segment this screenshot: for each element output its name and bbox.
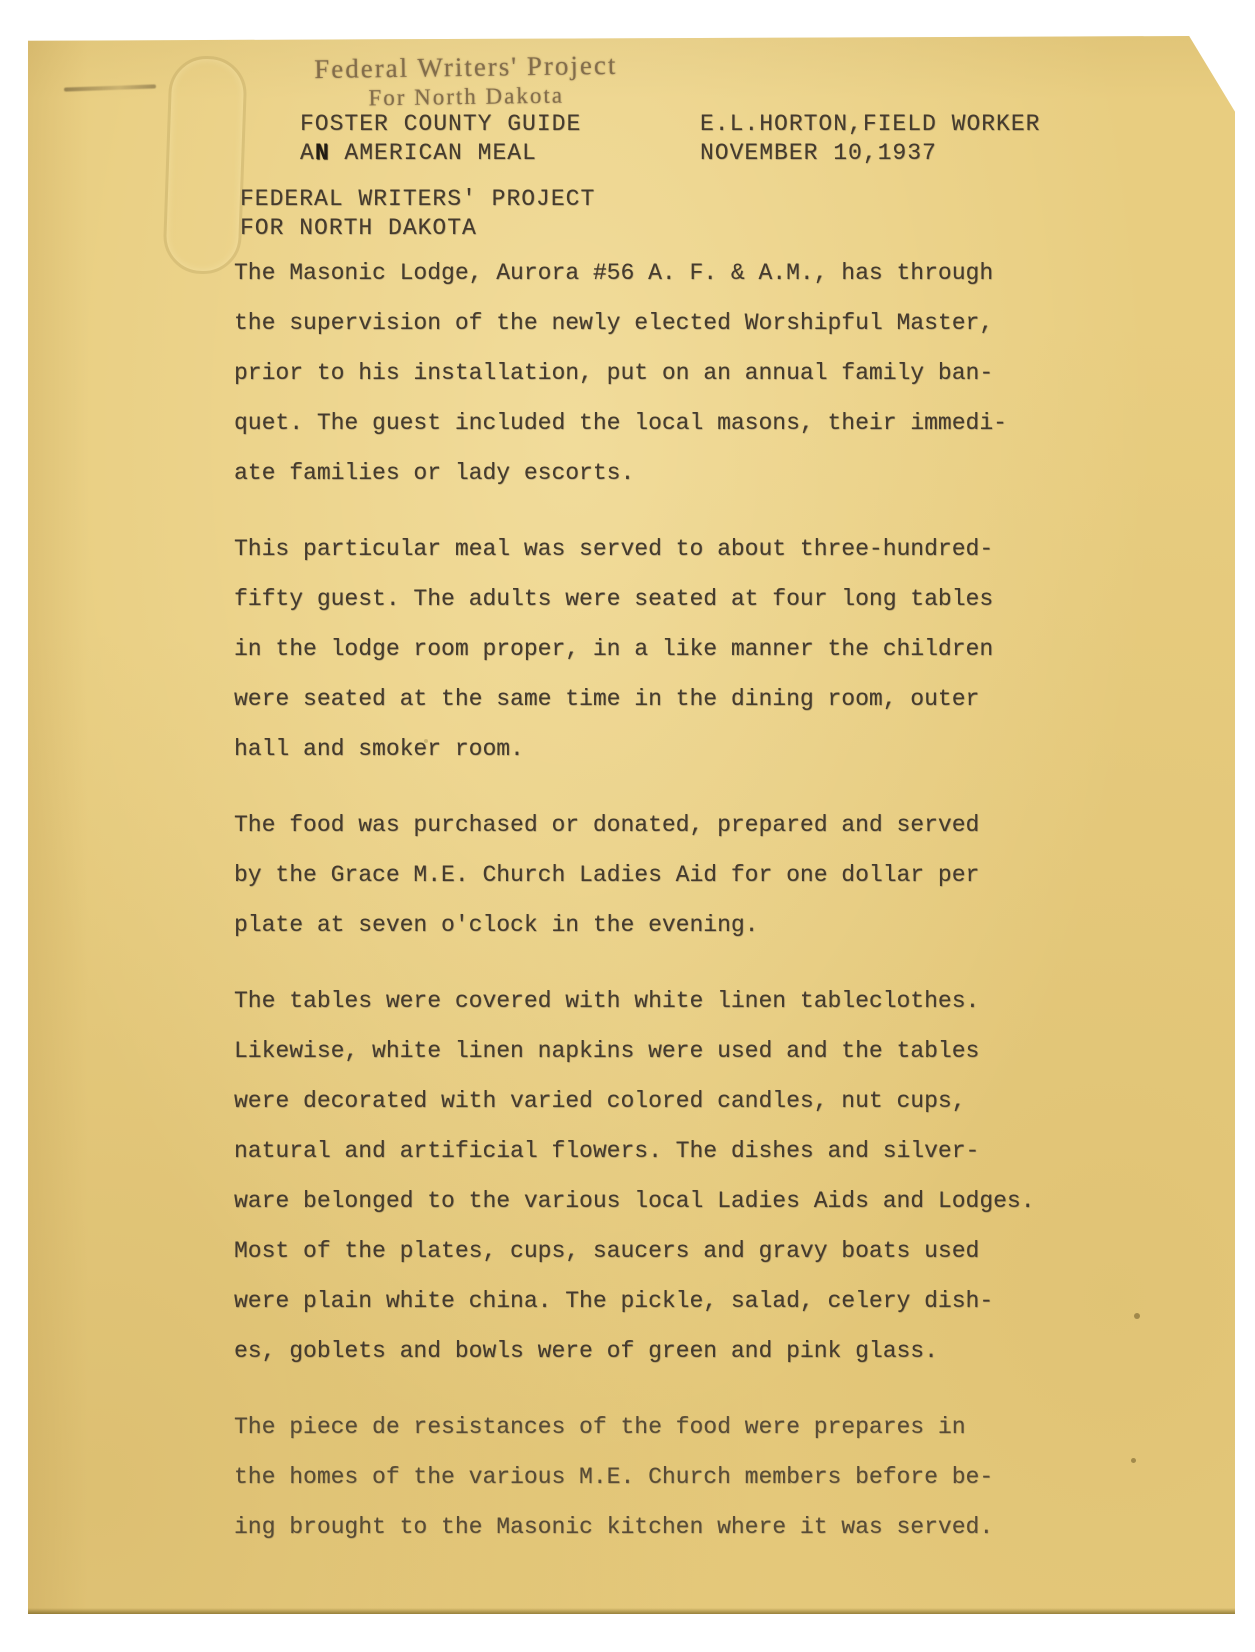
paragraph-food-preparation: The piece de resistances of the food wer… (234, 1402, 1084, 1552)
paper-bottom-edge (28, 1608, 1235, 1614)
agency-name-line-1: FEDERAL WRITERS' PROJECT (240, 186, 595, 212)
paper-speck (1134, 1313, 1140, 1319)
scanned-document: Federal Writers' Project For North Dakot… (0, 0, 1255, 1652)
paragraph-food-service: The food was purchased or donated, prepa… (234, 800, 1084, 950)
paragraph-table-settings: The tables were covered with white linen… (234, 976, 1084, 1376)
subtitle-overstrike-letter: N (315, 140, 330, 166)
document-date: NOVEMBER 10,1937 (700, 140, 937, 166)
paper-sheet: Federal Writers' Project For North Dakot… (28, 36, 1235, 1614)
paper-speck (1131, 1458, 1136, 1463)
field-worker-name: E.L.HORTON,FIELD WORKER (700, 111, 1040, 137)
stamp-line-2: For North Dakota (286, 81, 646, 112)
agency-rubber-stamp: Federal Writers' Project For North Dakot… (286, 49, 647, 112)
subtitle-rest: AMERICAN MEAL (330, 140, 537, 166)
paragraph-meal-seating: This particular meal was served to about… (234, 524, 1084, 774)
guide-title: FOSTER COUNTY GUIDE (300, 111, 581, 137)
agency-name-line-2: FOR NORTH DAKOTA (240, 215, 477, 241)
staple-mark (64, 84, 156, 91)
document-subtitle: AN AMERICAN MEAL (300, 140, 537, 166)
paragraph-masonic-lodge: The Masonic Lodge, Aurora #56 A. F. & A.… (234, 248, 1084, 498)
stamp-line-1: Federal Writers' Project (286, 49, 646, 85)
subtitle-prefix: A (300, 140, 315, 166)
document-body: The Masonic Lodge, Aurora #56 A. F. & A.… (234, 248, 1084, 1578)
paperclip-impression (162, 55, 248, 276)
